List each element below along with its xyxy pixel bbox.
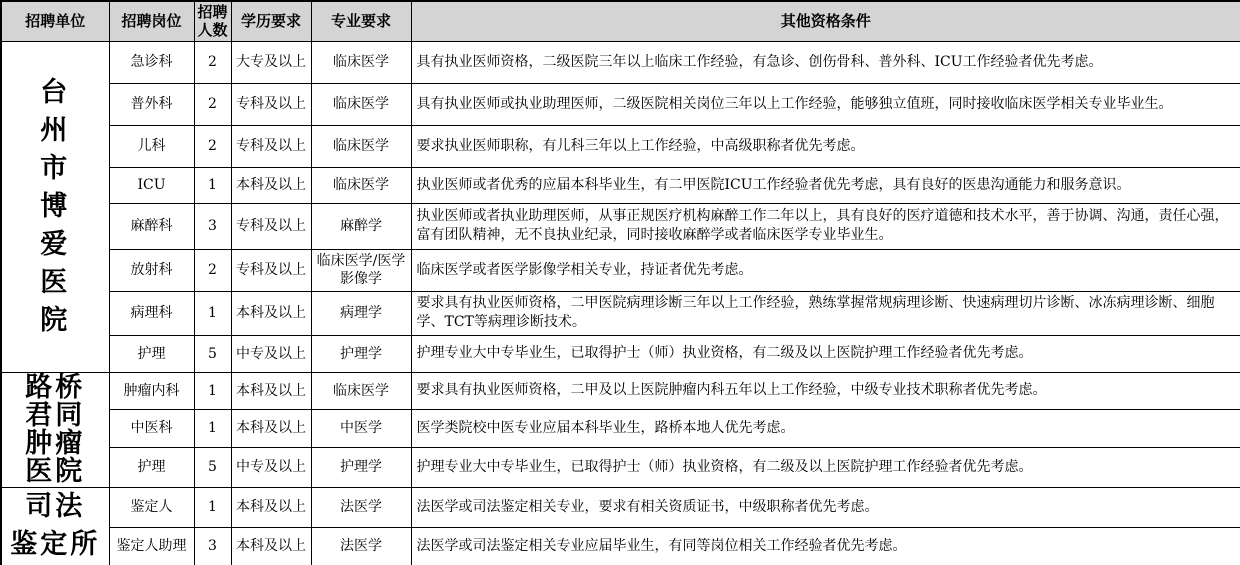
position-cell: 儿科 [109, 125, 194, 167]
other-requirements-cell: 要求具有执业医师资格，二甲医院病理诊断三年以上工作经验，熟练掌握常规病理诊断、快… [411, 291, 1240, 335]
table-row: 鉴定人助理3本科及以上法医学法医学或司法鉴定相关专业应届毕业生，有同等岗位相关工… [1, 527, 1240, 565]
other-requirements-cell: 法医学或司法鉴定相关专业应届毕业生，有同等岗位相关工作经验者优先考虑。 [411, 527, 1240, 565]
unit-name-line: 台 [2, 74, 109, 112]
position-cell: 护理 [109, 335, 194, 372]
position-cell: ICU [109, 167, 194, 203]
table-row: 司法鉴定所鉴定人1本科及以上法医学法医学或司法鉴定相关专业，要求有相关资质证书，… [1, 487, 1240, 527]
major-cell: 临床医学 [311, 83, 411, 125]
education-cell: 专科及以上 [231, 249, 311, 291]
other-requirements-cell: 执业医师或者优秀的应届本科毕业生，有二甲医院ICU工作经验者优先考虑，具有良好的… [411, 167, 1240, 203]
header-row: 招聘单位招聘岗位招聘人数学历要求专业要求其他资格条件 [1, 1, 1240, 41]
unit-name-line: 爱 [2, 226, 109, 264]
count-cell: 2 [194, 249, 231, 291]
unit-name-line: 司法 [2, 488, 109, 526]
education-cell: 本科及以上 [231, 372, 311, 409]
education-cell: 中专及以上 [231, 447, 311, 487]
count-cell: 5 [194, 335, 231, 372]
position-cell: 鉴定人助理 [109, 527, 194, 565]
col-header-unit: 招聘单位 [1, 1, 109, 41]
major-cell: 临床医学 [311, 41, 411, 83]
count-cell: 1 [194, 409, 231, 447]
education-cell: 专科及以上 [231, 125, 311, 167]
education-cell: 大专及以上 [231, 41, 311, 83]
major-cell: 临床医学 [311, 372, 411, 409]
table-row: 护理5中专及以上护理学护理专业大中专毕业生，已取得护士（师）执业资格，有二级及以… [1, 447, 1240, 487]
major-cell: 法医学 [311, 527, 411, 565]
other-requirements-cell: 法医学或司法鉴定相关专业，要求有相关资质证书，中级职称者优先考虑。 [411, 487, 1240, 527]
unit-name-line: 州 [2, 112, 109, 150]
unit-name-line: 院 [2, 302, 109, 340]
other-requirements-cell: 具有执业医师资格，二级医院三年以上临床工作经验，有急诊、创伤骨科、普外科、ICU… [411, 41, 1240, 83]
col-header-position: 招聘岗位 [109, 1, 194, 41]
unit-cell: 台州市博爱医院 [1, 41, 109, 372]
unit-name-line: 医院 [2, 458, 109, 486]
other-requirements-cell: 护理专业大中专毕业生，已取得护士（师）执业资格，有二级及以上医院护理工作经验者优… [411, 447, 1240, 487]
major-cell: 临床医学 [311, 125, 411, 167]
table-row: 病理科1本科及以上病理学要求具有执业医师资格，二甲医院病理诊断三年以上工作经验，… [1, 291, 1240, 335]
recruitment-table: 招聘单位招聘岗位招聘人数学历要求专业要求其他资格条件 台州市博爱医院急诊科2大专… [0, 0, 1240, 565]
other-requirements-cell: 要求执业医师职称，有儿科三年以上工作经验，中高级职称者优先考虑。 [411, 125, 1240, 167]
other-requirements-cell: 临床医学或者医学影像学相关专业，持证者优先考虑。 [411, 249, 1240, 291]
count-cell: 5 [194, 447, 231, 487]
position-cell: 放射科 [109, 249, 194, 291]
table-row: 放射科2专科及以上临床医学/医学影像学临床医学或者医学影像学相关专业，持证者优先… [1, 249, 1240, 291]
other-requirements-cell: 护理专业大中专毕业生，已取得护士（师）执业资格，有二级及以上医院护理工作经验者优… [411, 335, 1240, 372]
position-cell: 麻醉科 [109, 203, 194, 249]
unit-cell: 司法鉴定所 [1, 487, 109, 565]
major-cell: 法医学 [311, 487, 411, 527]
unit-name-line: 肿瘤 [2, 430, 109, 458]
table-row: 护理5中专及以上护理学护理专业大中专毕业生，已取得护士（师）执业资格，有二级及以… [1, 335, 1240, 372]
education-cell: 本科及以上 [231, 291, 311, 335]
unit-cell: 路桥君同肿瘤医院 [1, 372, 109, 487]
recruitment-page: 招聘单位招聘岗位招聘人数学历要求专业要求其他资格条件 台州市博爱医院急诊科2大专… [0, 0, 1240, 565]
major-cell: 护理学 [311, 447, 411, 487]
unit-name-line: 医 [2, 264, 109, 302]
count-cell: 2 [194, 41, 231, 83]
education-cell: 本科及以上 [231, 409, 311, 447]
other-requirements-cell: 要求具有执业医师资格，二甲及以上医院肿瘤内科五年以上工作经验，中级专业技术职称者… [411, 372, 1240, 409]
count-cell: 1 [194, 487, 231, 527]
unit-name-line: 君同 [2, 402, 109, 430]
education-cell: 专科及以上 [231, 203, 311, 249]
unit-name-line: 博 [2, 188, 109, 226]
table-row: 中医科1本科及以上中医学医学类院校中医专业应届本科毕业生，路桥本地人优先考虑。 [1, 409, 1240, 447]
count-cell: 3 [194, 527, 231, 565]
major-cell: 病理学 [311, 291, 411, 335]
table-body: 台州市博爱医院急诊科2大专及以上临床医学具有执业医师资格，二级医院三年以上临床工… [1, 41, 1240, 565]
table-row: 路桥君同肿瘤医院肿瘤内科1本科及以上临床医学要求具有执业医师资格，二甲及以上医院… [1, 372, 1240, 409]
table-row: 麻醉科3专科及以上麻醉学执业医师或者执业助理医师，从事正规医疗机构麻醉工作二年以… [1, 203, 1240, 249]
col-header-education: 学历要求 [231, 1, 311, 41]
count-cell: 3 [194, 203, 231, 249]
major-cell: 临床医学 [311, 167, 411, 203]
count-cell: 1 [194, 372, 231, 409]
position-cell: 肿瘤内科 [109, 372, 194, 409]
education-cell: 本科及以上 [231, 167, 311, 203]
col-header-major: 专业要求 [311, 1, 411, 41]
table-row: 儿科2专科及以上临床医学要求执业医师职称，有儿科三年以上工作经验，中高级职称者优… [1, 125, 1240, 167]
education-cell: 中专及以上 [231, 335, 311, 372]
unit-name-line: 鉴定所 [2, 526, 109, 564]
major-cell: 护理学 [311, 335, 411, 372]
education-cell: 本科及以上 [231, 527, 311, 565]
count-cell: 2 [194, 83, 231, 125]
other-requirements-cell: 执业医师或者执业助理医师，从事正规医疗机构麻醉工作二年以上，具有良好的医疗道德和… [411, 203, 1240, 249]
col-header-count: 招聘人数 [194, 1, 231, 41]
position-cell: 普外科 [109, 83, 194, 125]
position-cell: 护理 [109, 447, 194, 487]
table-row: ICU1本科及以上临床医学执业医师或者优秀的应届本科毕业生，有二甲医院ICU工作… [1, 167, 1240, 203]
position-cell: 病理科 [109, 291, 194, 335]
major-cell: 麻醉学 [311, 203, 411, 249]
other-requirements-cell: 具有执业医师或执业助理医师，二级医院相关岗位三年以上工作经验，能够独立值班，同时… [411, 83, 1240, 125]
position-cell: 鉴定人 [109, 487, 194, 527]
other-requirements-cell: 医学类院校中医专业应届本科毕业生，路桥本地人优先考虑。 [411, 409, 1240, 447]
major-cell: 中医学 [311, 409, 411, 447]
major-cell: 临床医学/医学影像学 [311, 249, 411, 291]
position-cell: 中医科 [109, 409, 194, 447]
table-row: 台州市博爱医院急诊科2大专及以上临床医学具有执业医师资格，二级医院三年以上临床工… [1, 41, 1240, 83]
count-cell: 2 [194, 125, 231, 167]
unit-name-line: 市 [2, 150, 109, 188]
position-cell: 急诊科 [109, 41, 194, 83]
education-cell: 专科及以上 [231, 83, 311, 125]
education-cell: 本科及以上 [231, 487, 311, 527]
count-cell: 1 [194, 291, 231, 335]
unit-name-line: 路桥 [2, 374, 109, 402]
table-row: 普外科2专科及以上临床医学具有执业医师或执业助理医师，二级医院相关岗位三年以上工… [1, 83, 1240, 125]
col-header-other: 其他资格条件 [411, 1, 1240, 41]
count-cell: 1 [194, 167, 231, 203]
